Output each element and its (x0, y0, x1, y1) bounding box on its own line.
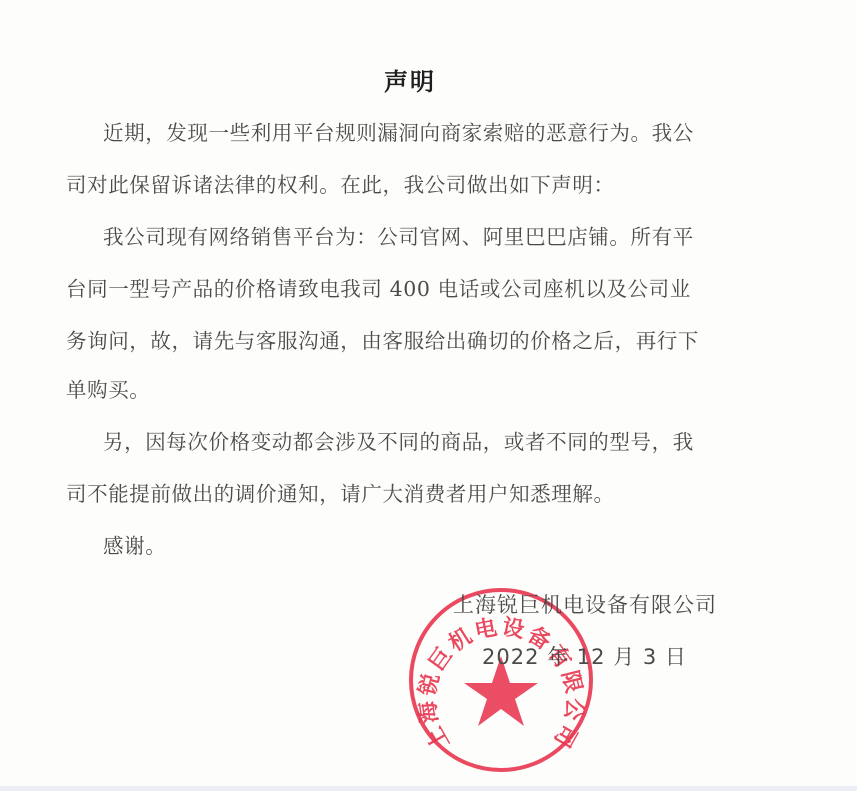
signature-date: 2022 年 12 月 3 日 (482, 641, 687, 671)
paragraph-3-line-2: 司不能提前做出的调价通知，请广大消费者用户知悉理解。 (66, 480, 615, 508)
closing-thanks: 感谢。 (103, 532, 166, 560)
page-bottom-edge (0, 786, 857, 791)
paragraph-3-line-1: 另，因每次价格变动都会涉及不同的商品，或者不同的型号，我 (103, 428, 694, 456)
signature-company: 上海锐巨机电设备有限公司 (453, 589, 717, 619)
paragraph-1-line-2: 司对此保留诉诸法律的权利。在此，我公司做出如下声明： (66, 171, 615, 199)
paragraph-2-line-3: 务询问，故，请先与客服沟通，由客服给出确切的价格之后，再行下 (66, 327, 699, 355)
paragraph-2-line-4: 单购买。 (66, 376, 150, 404)
document-page: 声明 近期，发现一些利用平台规则漏洞向商家索赔的恶意行为。我公 司对此保留诉诸法… (0, 0, 857, 786)
paragraph-2-line-1: 我公司现有网络销售平台为：公司官网、阿里巴巴店铺。所有平 (103, 223, 694, 251)
paragraph-1-line-1: 近期，发现一些利用平台规则漏洞向商家索赔的恶意行为。我公 (103, 119, 694, 147)
document-title: 声明 (0, 62, 820, 97)
paragraph-2-line-2: 台同一型号产品的价格请致电我司 400 电话或公司座机以及公司业 (66, 275, 691, 303)
